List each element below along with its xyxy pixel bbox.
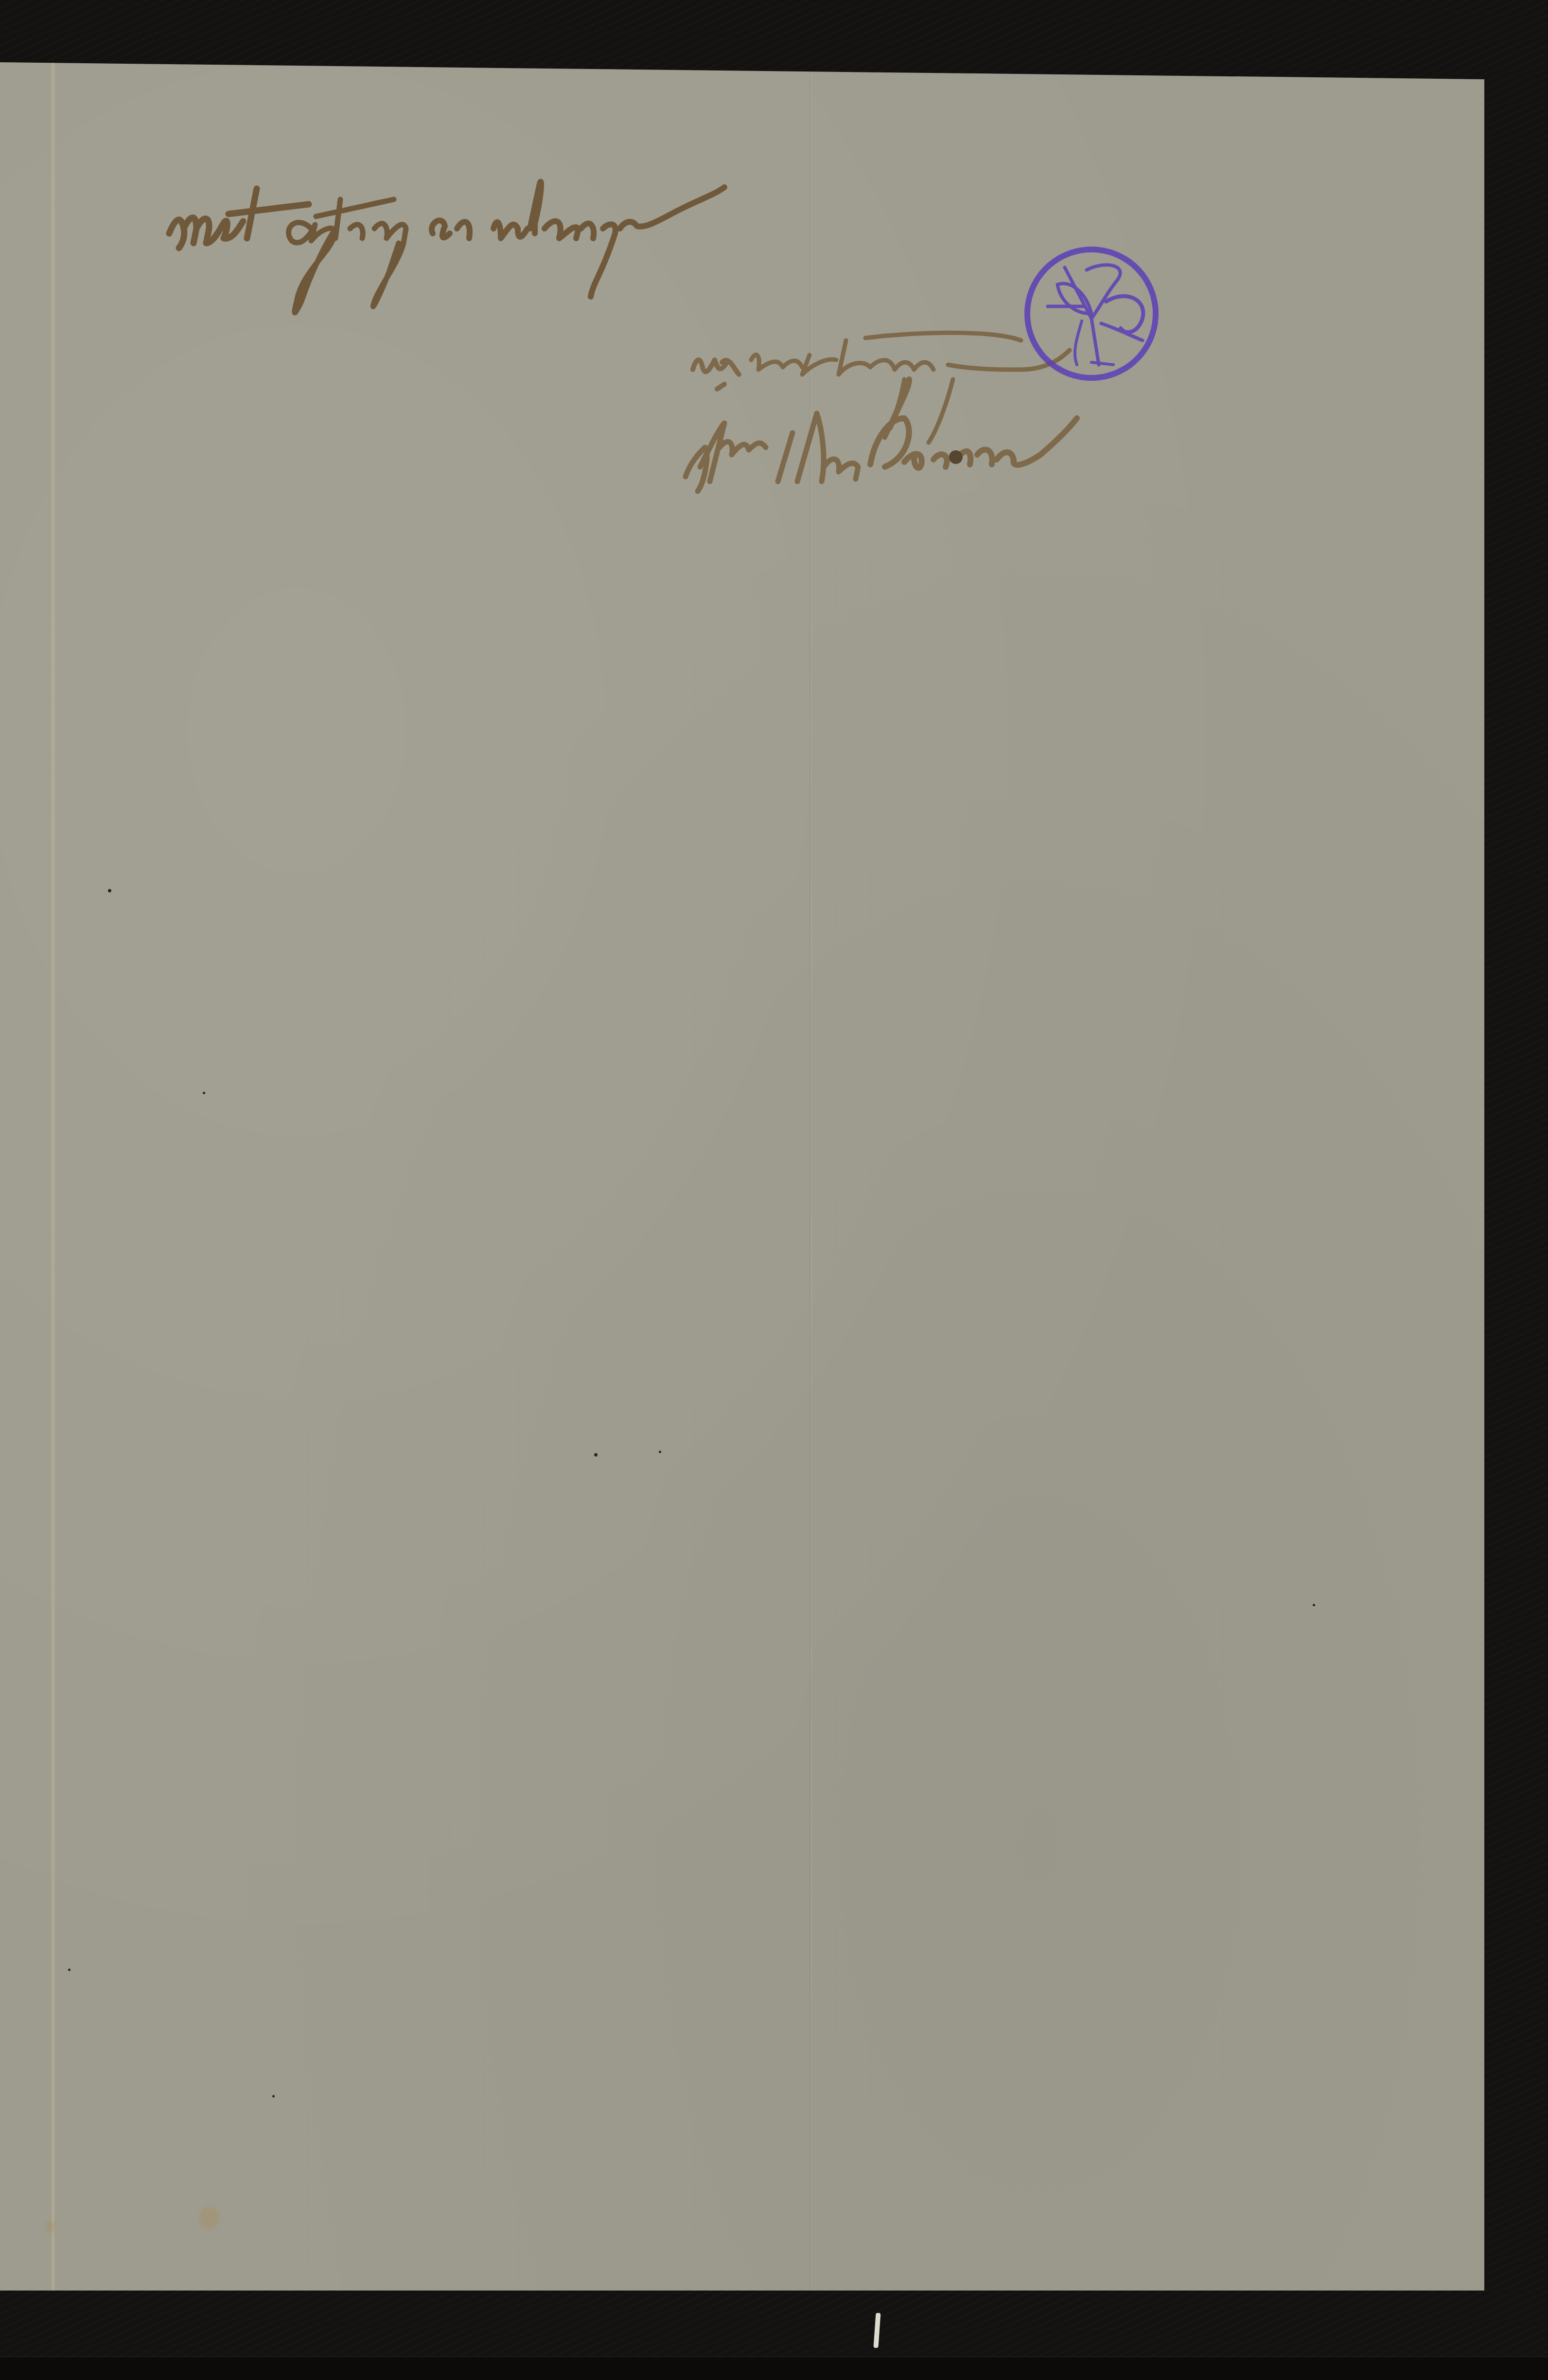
- paper-speck: [659, 1451, 661, 1453]
- closing-line-1: met agting en verlangen: [165, 190, 891, 257]
- paper-speck: [594, 1453, 598, 1456]
- paper-speck: [203, 1092, 205, 1094]
- scanner-bottom-strip: [0, 2356, 1548, 2380]
- fold-line-left: [51, 62, 55, 2291]
- paper-speck: [108, 889, 111, 892]
- letter-page: [0, 62, 1484, 2291]
- paper-speck: [1313, 1604, 1315, 1606]
- paper-speck: [68, 1969, 70, 1971]
- fold-line-center: [810, 62, 812, 2291]
- signature: Mme Van Doorne: [681, 418, 1194, 486]
- foxing-stain: [46, 2221, 55, 2232]
- foxing-stain: [199, 2207, 219, 2229]
- paper-speck: [272, 2095, 275, 2097]
- monogram-stamp: [1019, 241, 1164, 387]
